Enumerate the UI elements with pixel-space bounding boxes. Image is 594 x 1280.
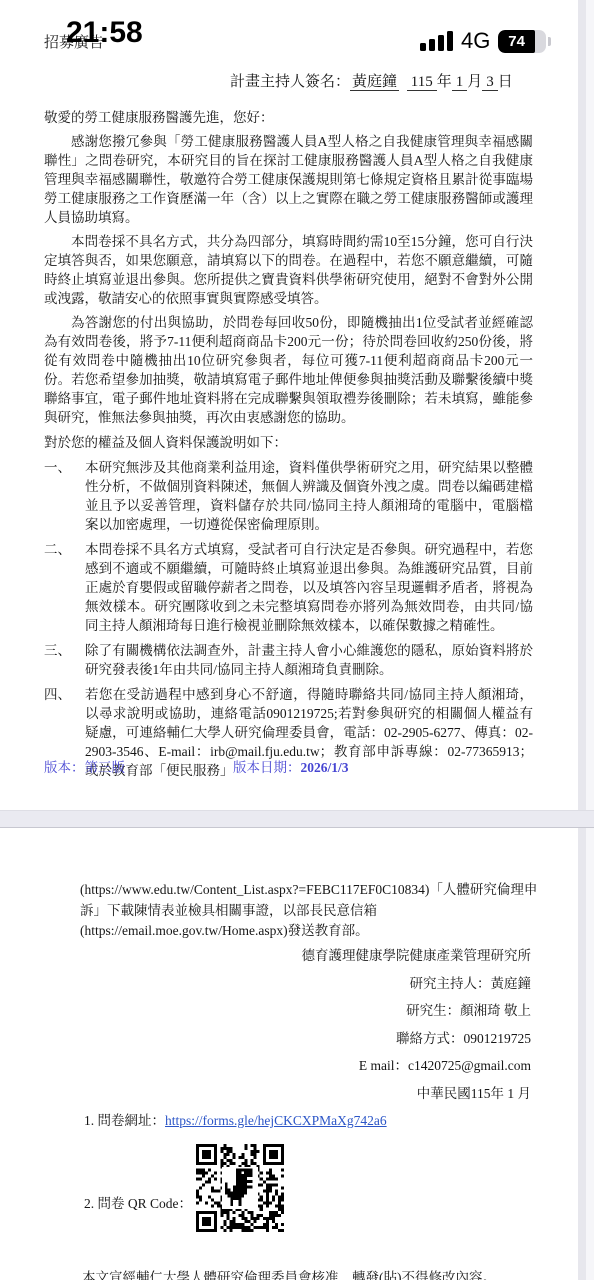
signoff-contact-phone: 聯絡方式：0901219725 [302,1025,532,1053]
survey-qr-code [196,1144,284,1232]
document-page-2: (https://www.edu.tw/Content_List.aspx?=F… [0,828,578,1280]
rights-item-1-number: 一、 [44,458,85,534]
irb-approval-note: 本文宣經輔仁大學人體研究倫理委員會核准，轉發(貼)不得修改內容。 [0,1266,578,1280]
battery-nub-icon [548,37,551,46]
appeal-line-2: 訴」下載陳情表並檢具相關事證，以部長民意信箱 [80,901,537,922]
rights-item-3: 三、 除了有關機構依法調查外，計畫主持人會小心維護您的隱私，原始資料將於研究發表… [44,641,533,679]
rights-heading: 對於您的權益及個人資料保護說明如下： [44,433,533,452]
status-bar-time: 21:58 [66,16,143,50]
signoff-institute: 德育護理健康學院健康產業管理研究所 [302,942,532,970]
survey-url-link[interactable]: https://forms.gle/hejCKCXPMaXg742a6 [165,1113,387,1128]
signoff-email: E mail：c1420725@gmail.com [302,1052,532,1080]
battery-icon: 74 [498,30,546,53]
signoff-principal-investigator: 研究主持人：黃庭鐘 [302,970,532,998]
rights-item-3-number: 三、 [44,641,85,679]
rights-item-2-number: 二、 [44,540,85,635]
page-right-gutter [578,0,586,1280]
rights-item-1-text: 本研究無涉及其他商業利益用途，資料僅供學術研究之用，研究結果以整體性分析，不做個… [85,458,533,534]
letter-body: 敬愛的勞工健康服務醫護先進，您好： 感謝您撥冗參與「勞工健康服務醫護人員A型人格… [44,108,533,780]
appeal-line-1: (https://www.edu.tw/Content_List.aspx?=F… [80,880,537,901]
letter-paragraph-3: 為答謝您的付出與協助，於問卷每回收50份，即隨機抽出1位受試者並經確認為有效問卷… [44,313,533,427]
letter-paragraph-1: 感謝您撥冗參與「勞工健康服務醫護人員A型人格之自我健康管理與幸福感關聯性」之問卷… [44,132,533,227]
signoff-graduate-student: 研究生：顏湘琦 敬上 [302,997,532,1025]
version-date-value: 2026/1/3 [301,760,349,775]
signature-month-unit: 月 [467,74,482,90]
signature-year-unit: 年 [437,74,452,90]
qr-code-image [196,1144,284,1232]
signature-day-unit: 日 [498,74,513,90]
appeal-line-3: (https://email.moe.gov.tw/Home.aspx)發送教育… [80,921,537,942]
rights-item-3-text: 除了有關機構依法調查外，計畫主持人會小心維護您的隱私，原始資料將於研究發表後1年… [85,641,533,679]
rights-item-1: 一、 本研究無涉及其他商業利益用途，資料僅供學術研究之用，研究結果以整體性分析，… [44,458,533,534]
viewer-right-edge [586,0,594,1280]
ethics-appeal-paragraph: (https://www.edu.tw/Content_List.aspx?=F… [80,880,537,942]
battery-percent: 74 [498,30,534,53]
document-page-1: 招募廣告 計畫主持人簽名：黃庭鐘 115年1月3日 敬愛的勞工健康服務醫護先進，… [0,0,578,810]
signoff-block: 德育護理健康學院健康產業管理研究所 研究主持人：黃庭鐘 研究生：顏湘琦 敬上 聯… [302,942,532,1107]
version-label: 版本：第三版 [44,756,125,776]
version-date: 版本日期：2026/1/3 [233,756,349,776]
signature-day: 3 [482,74,498,91]
network-type-label: 4G [461,28,490,54]
signoff-roc-date: 中華民國115年 1 月 [302,1080,532,1108]
status-bar-right: 4G 74 [420,28,551,54]
letter-greeting: 敬愛的勞工健康服務醫護先進，您好： [44,108,533,127]
survey-url-label: 1. 問卷網址： [84,1113,165,1128]
pi-signature-label: 計畫主持人簽名： [230,74,350,90]
rights-item-2-text: 本問卷採不具名方式填寫，受試者可自行決定是否參與。研究過程中，若您感到不適或不願… [85,540,533,635]
page-break-gap [0,810,594,828]
pi-signature-name: 黃庭鐘 [350,74,399,91]
letter-paragraph-2: 本問卷採不具名方式，共分為四部分，填寫時間約需10至15分鐘，您可自行決定填答與… [44,232,533,308]
signature-month: 1 [452,74,468,91]
qr-code-label: 2. 問卷 QR Code： [84,1192,192,1212]
version-date-label: 版本日期： [233,760,301,775]
cellular-signal-icon [420,31,453,51]
signature-year: 115 [407,74,437,91]
survey-url-line: 1. 問卷網址：https://forms.gle/hejCKCXPMaXg74… [84,1109,387,1129]
rights-item-2: 二、 本問卷採不具名方式填寫，受試者可自行決定是否參與。研究過程中，若您感到不適… [44,540,533,635]
pi-signature-line: 計畫主持人簽名：黃庭鐘 115年1月3日 [230,70,513,91]
screenshot-root: { "status_bar": { "time": "21:58", "netw… [0,0,594,1280]
